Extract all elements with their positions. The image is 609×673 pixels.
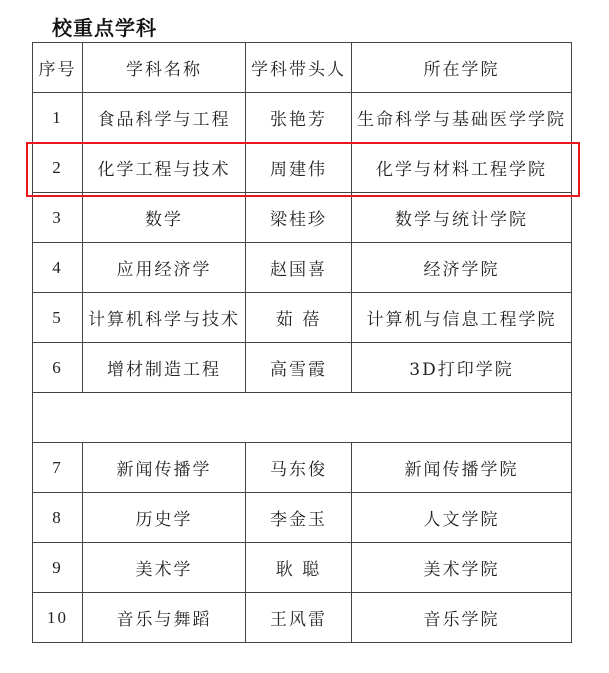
- row-discipline: 历史学: [83, 493, 246, 543]
- row-college: 化学与材料工程学院: [352, 143, 572, 193]
- row-college: 生命科学与基础医学学院: [352, 93, 572, 143]
- table-row: 8 历史学 李金玉 人文学院: [33, 493, 572, 543]
- header-leader: 学科带头人: [246, 43, 352, 93]
- row-leader: 王风雷: [246, 593, 352, 643]
- row-no: 3: [33, 193, 83, 243]
- row-no: 9: [33, 543, 83, 593]
- row-leader: 梁桂珍: [246, 193, 352, 243]
- blank-cell: [33, 393, 572, 443]
- row-no: 8: [33, 493, 83, 543]
- row-discipline: 音乐与舞蹈: [83, 593, 246, 643]
- header-college: 所在学院: [352, 43, 572, 93]
- table-row-highlighted: 2 化学工程与技术 周建伟 化学与材料工程学院: [33, 143, 572, 193]
- row-discipline: 应用经济学: [83, 243, 246, 293]
- row-college: 人文学院: [352, 493, 572, 543]
- row-college: 计算机与信息工程学院: [352, 293, 572, 343]
- table-row: 9 美术学 耿 聪 美术学院: [33, 543, 572, 593]
- row-discipline: 美术学: [83, 543, 246, 593]
- row-leader: 周建伟: [246, 143, 352, 193]
- blank-separator-row: [33, 393, 572, 443]
- row-leader: 高雪霞: [246, 343, 352, 393]
- row-no: 1: [33, 93, 83, 143]
- row-college: 经济学院: [352, 243, 572, 293]
- table-row: 4 应用经济学 赵国喜 经济学院: [33, 243, 572, 293]
- row-discipline: 食品科学与工程: [83, 93, 246, 143]
- row-discipline: 化学工程与技术: [83, 143, 246, 193]
- row-discipline: 计算机科学与技术: [83, 293, 246, 343]
- row-no: 6: [33, 343, 83, 393]
- document-title: 校重点学科: [52, 12, 157, 41]
- table-row: 10 音乐与舞蹈 王风雷 音乐学院: [33, 593, 572, 643]
- row-discipline: 新闻传播学: [83, 443, 246, 493]
- row-leader: 李金玉: [246, 493, 352, 543]
- row-no: 5: [33, 293, 83, 343]
- row-discipline: 数学: [83, 193, 246, 243]
- table-row: 5 计算机科学与技术 茹 蓓 计算机与信息工程学院: [33, 293, 572, 343]
- row-leader: 茹 蓓: [246, 293, 352, 343]
- table-header-row: 序号 学科名称 学科带头人 所在学院: [33, 43, 572, 93]
- row-college: 新闻传播学院: [352, 443, 572, 493]
- row-college: 数学与统计学院: [352, 193, 572, 243]
- row-leader: 耿 聪: [246, 543, 352, 593]
- row-discipline: 增材制造工程: [83, 343, 246, 393]
- row-college: 美术学院: [352, 543, 572, 593]
- table-row: 1 食品科学与工程 张艳芳 生命科学与基础医学学院: [33, 93, 572, 143]
- key-disciplines-table: 序号 学科名称 学科带头人 所在学院 1 食品科学与工程 张艳芳 生命科学与基础…: [32, 42, 572, 643]
- row-leader: 马东俊: [246, 443, 352, 493]
- row-college: 音乐学院: [352, 593, 572, 643]
- row-college: 3D打印学院: [352, 343, 572, 393]
- row-no: 7: [33, 443, 83, 493]
- table-row: 7 新闻传播学 马东俊 新闻传播学院: [33, 443, 572, 493]
- header-no: 序号: [33, 43, 83, 93]
- row-no: 4: [33, 243, 83, 293]
- row-no: 2: [33, 143, 83, 193]
- row-no: 10: [33, 593, 83, 643]
- row-leader: 赵国喜: [246, 243, 352, 293]
- table-row: 6 增材制造工程 高雪霞 3D打印学院: [33, 343, 572, 393]
- row-leader: 张艳芳: [246, 93, 352, 143]
- table-row: 3 数学 梁桂珍 数学与统计学院: [33, 193, 572, 243]
- header-discipline: 学科名称: [83, 43, 246, 93]
